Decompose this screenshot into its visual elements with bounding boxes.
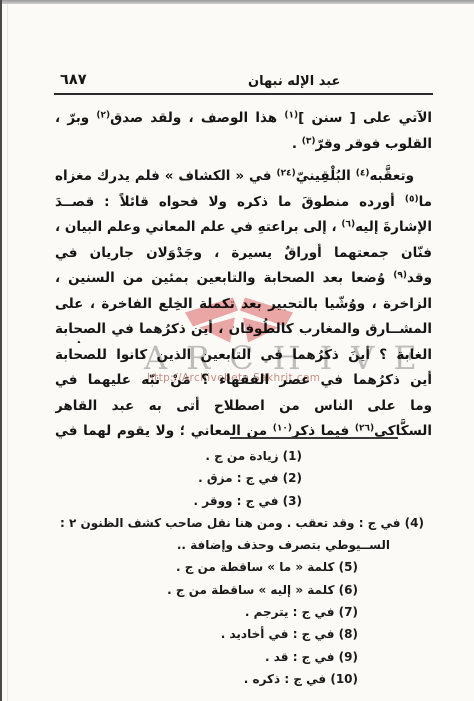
body-line: المشــارق والمغارب كالطُوفان ، أين ذكرُه… bbox=[55, 317, 432, 343]
footnote-number: (7) bbox=[339, 605, 358, 619]
paragraph: الآتي على [ سنن ](١) هذا الوصف ، ولقد صد… bbox=[55, 106, 432, 157]
footnote-line: (10) في ج : ذكره . bbox=[55, 668, 432, 690]
footnote-line: (9) في ج : قد . bbox=[55, 646, 432, 668]
footnote-number: (10) bbox=[330, 672, 358, 686]
paragraph: وتعقَّبه(٤) البُلْقِينيّ(٢٤) في « الكشاف… bbox=[55, 164, 432, 445]
scanned-book-page: { "header": { "page_number": "٦٨٧", "tit… bbox=[0, 0, 474, 701]
footnote-separator bbox=[230, 437, 398, 439]
footnote-line: (2) في ج : مزق . bbox=[55, 467, 432, 489]
body-line: الآتي على [ سنن ](١) هذا الوصف ، ولقد صد… bbox=[55, 106, 432, 132]
footnote-number: (5) bbox=[339, 560, 358, 574]
scan-left-edge bbox=[0, 0, 2, 701]
footnote-line: (4) في ج : وقد تعقب . ومن هنا نقل صاحب ك… bbox=[55, 512, 432, 534]
page-number: ٦٨٧ bbox=[60, 72, 87, 88]
body-line: الإشارةَ إليه(٦) ، إلى براعتهِ في علم ال… bbox=[55, 215, 432, 241]
scan-inner-line bbox=[7, 4, 8, 701]
footnote-line: (7) في ج : يترجم . bbox=[55, 601, 432, 623]
body-text: الآتي على [ سنن ](١) هذا الوصف ، ولقد صد… bbox=[55, 106, 432, 445]
footnote-marker: (٩) bbox=[393, 271, 407, 281]
footnote-line: (6) كلمة « إليه » ساقطة من ج . bbox=[55, 579, 432, 601]
footnote-line: (1) زيادة من ج . bbox=[55, 445, 432, 467]
footnote-marker: (٤) bbox=[356, 169, 370, 179]
body-line: أين ذكرُهما في عصر الفقهاء ؟ مَنْ نبّه ع… bbox=[55, 368, 432, 394]
body-line: وتعقَّبه(٤) البُلْقِينيّ(٢٤) في « الكشاف… bbox=[55, 164, 432, 190]
scan-top-edge bbox=[0, 0, 474, 4]
footnote-marker: (١٠) bbox=[273, 424, 292, 434]
body-line: فنّان جمعتهما أوراقٌ يسيرة ، وجَدْوَلان … bbox=[55, 241, 432, 267]
footnote-line: (8) في ج : في أخاديد . bbox=[55, 623, 432, 645]
footnote-marker: (٢٤) bbox=[276, 169, 295, 179]
footnote-marker: (٢) bbox=[96, 111, 110, 121]
body-line: وقد(٩) وُضعا بعد الصحابة والتابعين بمئين… bbox=[55, 266, 432, 292]
footnote-number: (9) bbox=[339, 650, 358, 664]
body-line: ما(٥) أورده منطوقَ ما ذكره ولا فحواه قائ… bbox=[55, 190, 432, 216]
footnotes: (1) زيادة من ج .(2) في ج : مزق .(3) في ج… bbox=[55, 445, 432, 690]
footnote-marker: (٥) bbox=[405, 194, 419, 204]
body-line: الزاخرة ، ووُشّيا بالتحبير بعد تكملة الخ… bbox=[55, 292, 432, 318]
footnote-number: (1) bbox=[283, 449, 302, 463]
header-rule bbox=[54, 93, 433, 95]
footnote-number: (6) bbox=[339, 583, 358, 597]
body-line: وما على الناس من اصطلاح أتى به عبد القاه… bbox=[55, 394, 432, 420]
footnote-marker: (٢٦) bbox=[355, 424, 374, 434]
footnote-line: (5) كلمة « ما » ساقطة من ج . bbox=[55, 556, 432, 578]
body-line: الغابة ؟ أينَ ذكرُهما في التابعين الذين … bbox=[55, 343, 432, 369]
footnote-marker: (١) bbox=[284, 111, 298, 121]
footnote-number: (2) bbox=[283, 471, 302, 485]
footnote-number: (3) bbox=[283, 494, 302, 508]
footnote-number: (4) bbox=[405, 516, 424, 530]
footnote-line: الســيوطي بتصرف وحذف وإضافة .. bbox=[55, 534, 432, 556]
page-title: عبد الإله نبهان bbox=[248, 74, 340, 89]
footnote-marker: (٦) bbox=[341, 220, 355, 230]
body-line: القلوب فوقر وقرّ(٣) . bbox=[55, 132, 432, 158]
footnote-number: (8) bbox=[339, 627, 358, 641]
footnote-marker: (٣) bbox=[302, 136, 316, 146]
footnote-line: (3) في ج : ووقر . bbox=[55, 490, 432, 512]
body-line: السكَّاكي(٢٦) فيما ذكر(١٠) من المعاني ؛ … bbox=[55, 419, 432, 445]
